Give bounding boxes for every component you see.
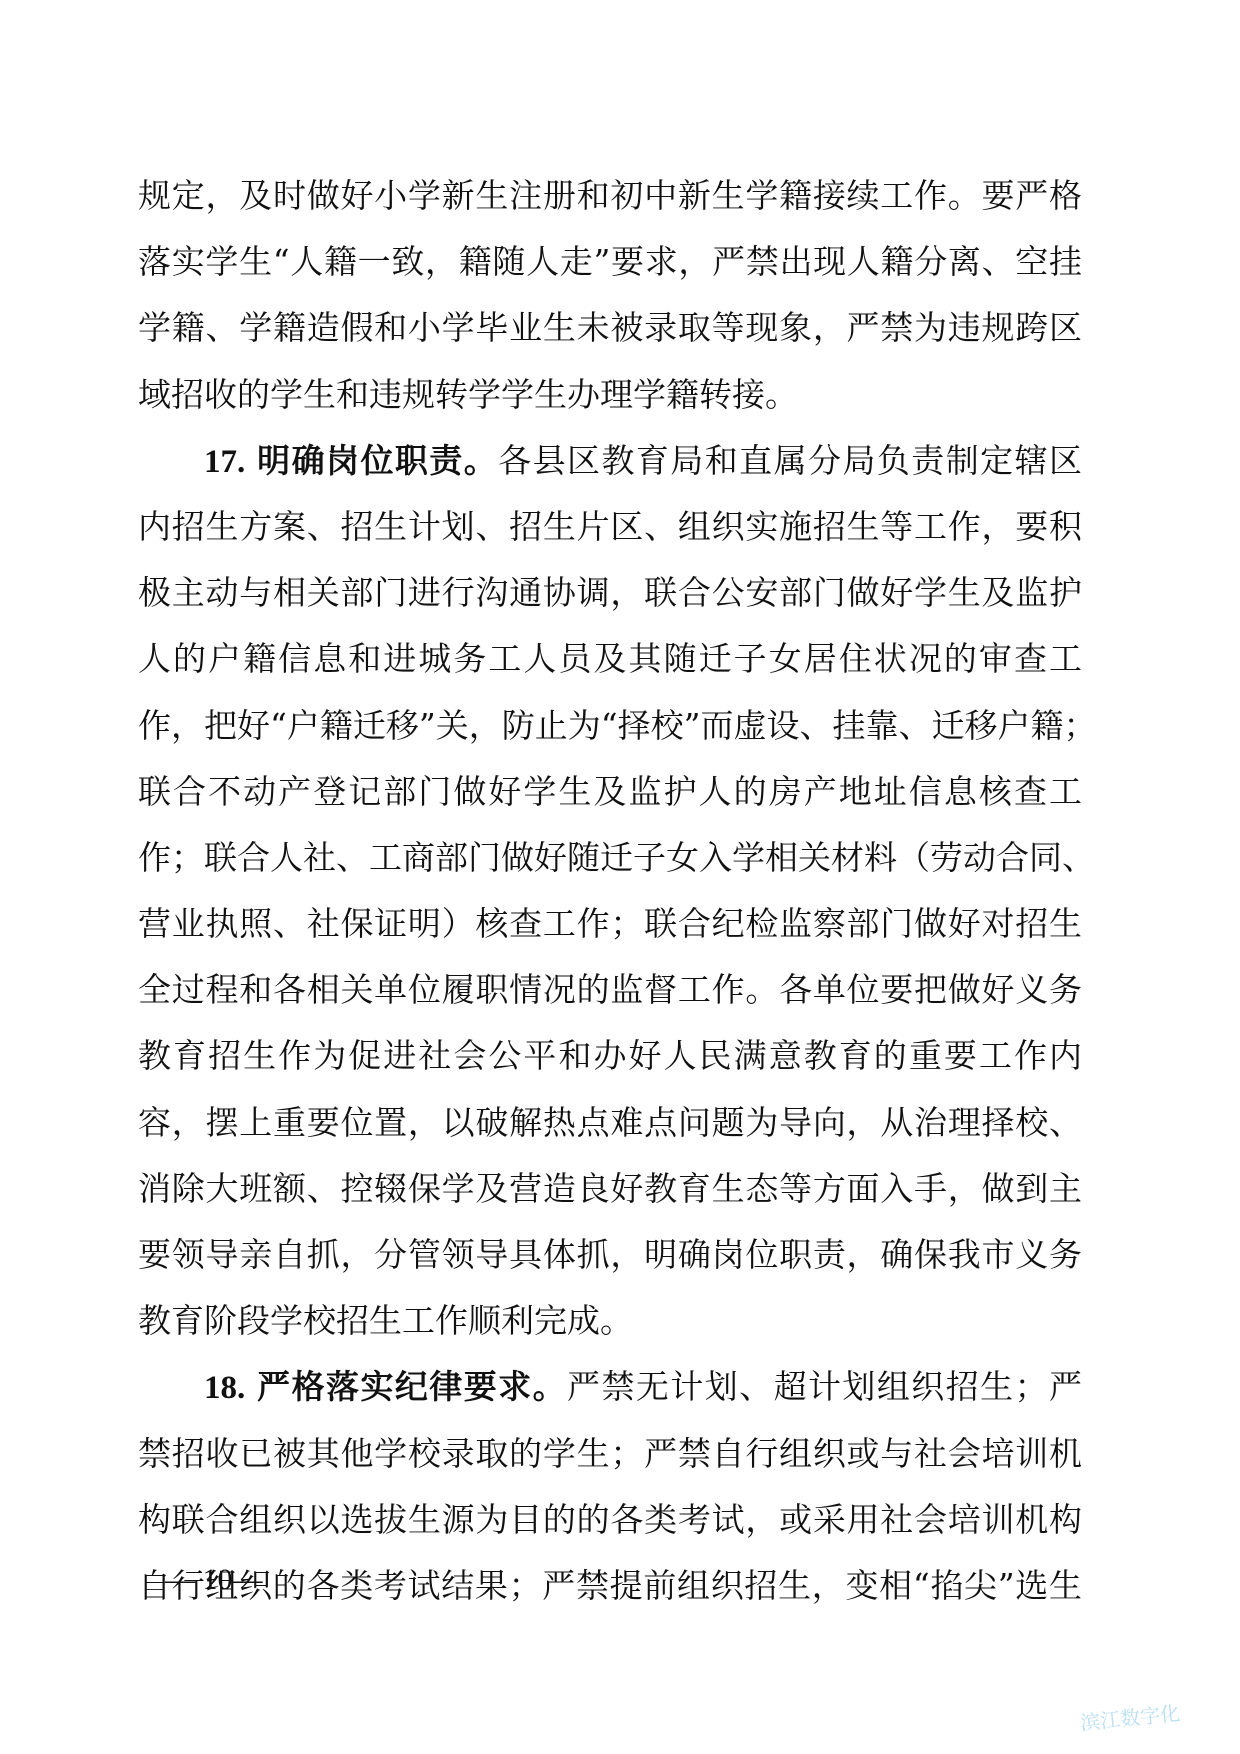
text-line: 落实学生“人籍一致，籍随人走”要求，严禁出现人籍分离、空挂 bbox=[138, 229, 1082, 295]
watermark: 滨江数字化 bbox=[1079, 1697, 1181, 1736]
section-title: 严格落实纪律要求。 bbox=[257, 1367, 567, 1406]
text-line: 禁招收已被其他学校录取的学生；严禁自行组织或与社会培训机 bbox=[138, 1421, 1082, 1487]
section-title: 明确岗位职责。 bbox=[257, 441, 498, 480]
text-line: 全过程和各相关单位履职情况的监督工作。各单位要把做好义务 bbox=[138, 957, 1082, 1023]
page-number: — 10— bbox=[165, 1560, 263, 1600]
text-line: 规定，及时做好小学新生注册和初中新生学籍接续工作。要严格 bbox=[138, 163, 1082, 229]
section-number: 18. bbox=[204, 1370, 245, 1406]
section-17-heading-line: 17. 明确岗位职责。各县区教育局和直属分局负责制定辖区 bbox=[138, 428, 1082, 494]
text-line: 学籍、学籍造假和小学毕业生未被录取等现象，严禁为违规跨区 bbox=[138, 295, 1082, 361]
text-line: 消除大班额、控辍保学及营造良好教育生态等方面入手，做到主 bbox=[138, 1156, 1082, 1222]
text-line: 作；联合人社、工商部门做好随迁子女入学相关材料（劳动合同、 bbox=[138, 825, 1082, 891]
text-line: 极主动与相关部门进行沟通协调，联合公安部门做好学生及监护 bbox=[138, 560, 1082, 626]
section-number: 17. bbox=[204, 444, 245, 480]
section-18-heading-line: 18. 严格落实纪律要求。严禁无计划、超计划组织招生；严 bbox=[138, 1354, 1082, 1420]
text-line: 教育招生作为促进社会公平和办好人民满意教育的重要工作内 bbox=[138, 1023, 1082, 1089]
document-body: 规定，及时做好小学新生注册和初中新生学籍接续工作。要严格 落实学生“人籍一致，籍… bbox=[138, 163, 1082, 1619]
text-line: 内招生方案、招生计划、招生片区、组织实施招生等工作，要积 bbox=[138, 494, 1082, 560]
section-text: 各县区教育局和直属分局负责制定辖区 bbox=[498, 441, 1082, 480]
text-line: 自行组织的各类考试结果；严禁提前组织招生，变相“掐尖”选生 bbox=[138, 1553, 1082, 1619]
text-line: 营业执照、社保证明）核查工作；联合纪检监察部门做好对招生 bbox=[138, 891, 1082, 957]
text-line: 教育阶段学校招生工作顺利完成。 bbox=[138, 1288, 1082, 1354]
section-text: 严禁无计划、超计划组织招生；严 bbox=[567, 1367, 1082, 1406]
text-line: 作，把好“户籍迁移”关，防止为“择校”而虚设、挂靠、迁移户籍； bbox=[138, 693, 1082, 759]
document-page: 规定，及时做好小学新生注册和初中新生学籍接续工作。要严格 落实学生“人籍一致，籍… bbox=[0, 0, 1240, 1754]
text-line: 构联合组织以选拔生源为目的的各类考试，或采用社会培训机构 bbox=[138, 1487, 1082, 1553]
text-line: 要领导亲自抓，分管领导具体抓，明确岗位职责，确保我市义务 bbox=[138, 1222, 1082, 1288]
text-line: 联合不动产登记部门做好学生及监护人的房产地址信息核查工 bbox=[138, 759, 1082, 825]
text-line: 容，摆上重要位置，以破解热点难点问题为导向，从治理择校、 bbox=[138, 1090, 1082, 1156]
text-line: 域招收的学生和违规转学学生办理学籍转接。 bbox=[138, 362, 1082, 428]
text-line: 人的户籍信息和进城务工人员及其随迁子女居住状况的审查工 bbox=[138, 626, 1082, 692]
